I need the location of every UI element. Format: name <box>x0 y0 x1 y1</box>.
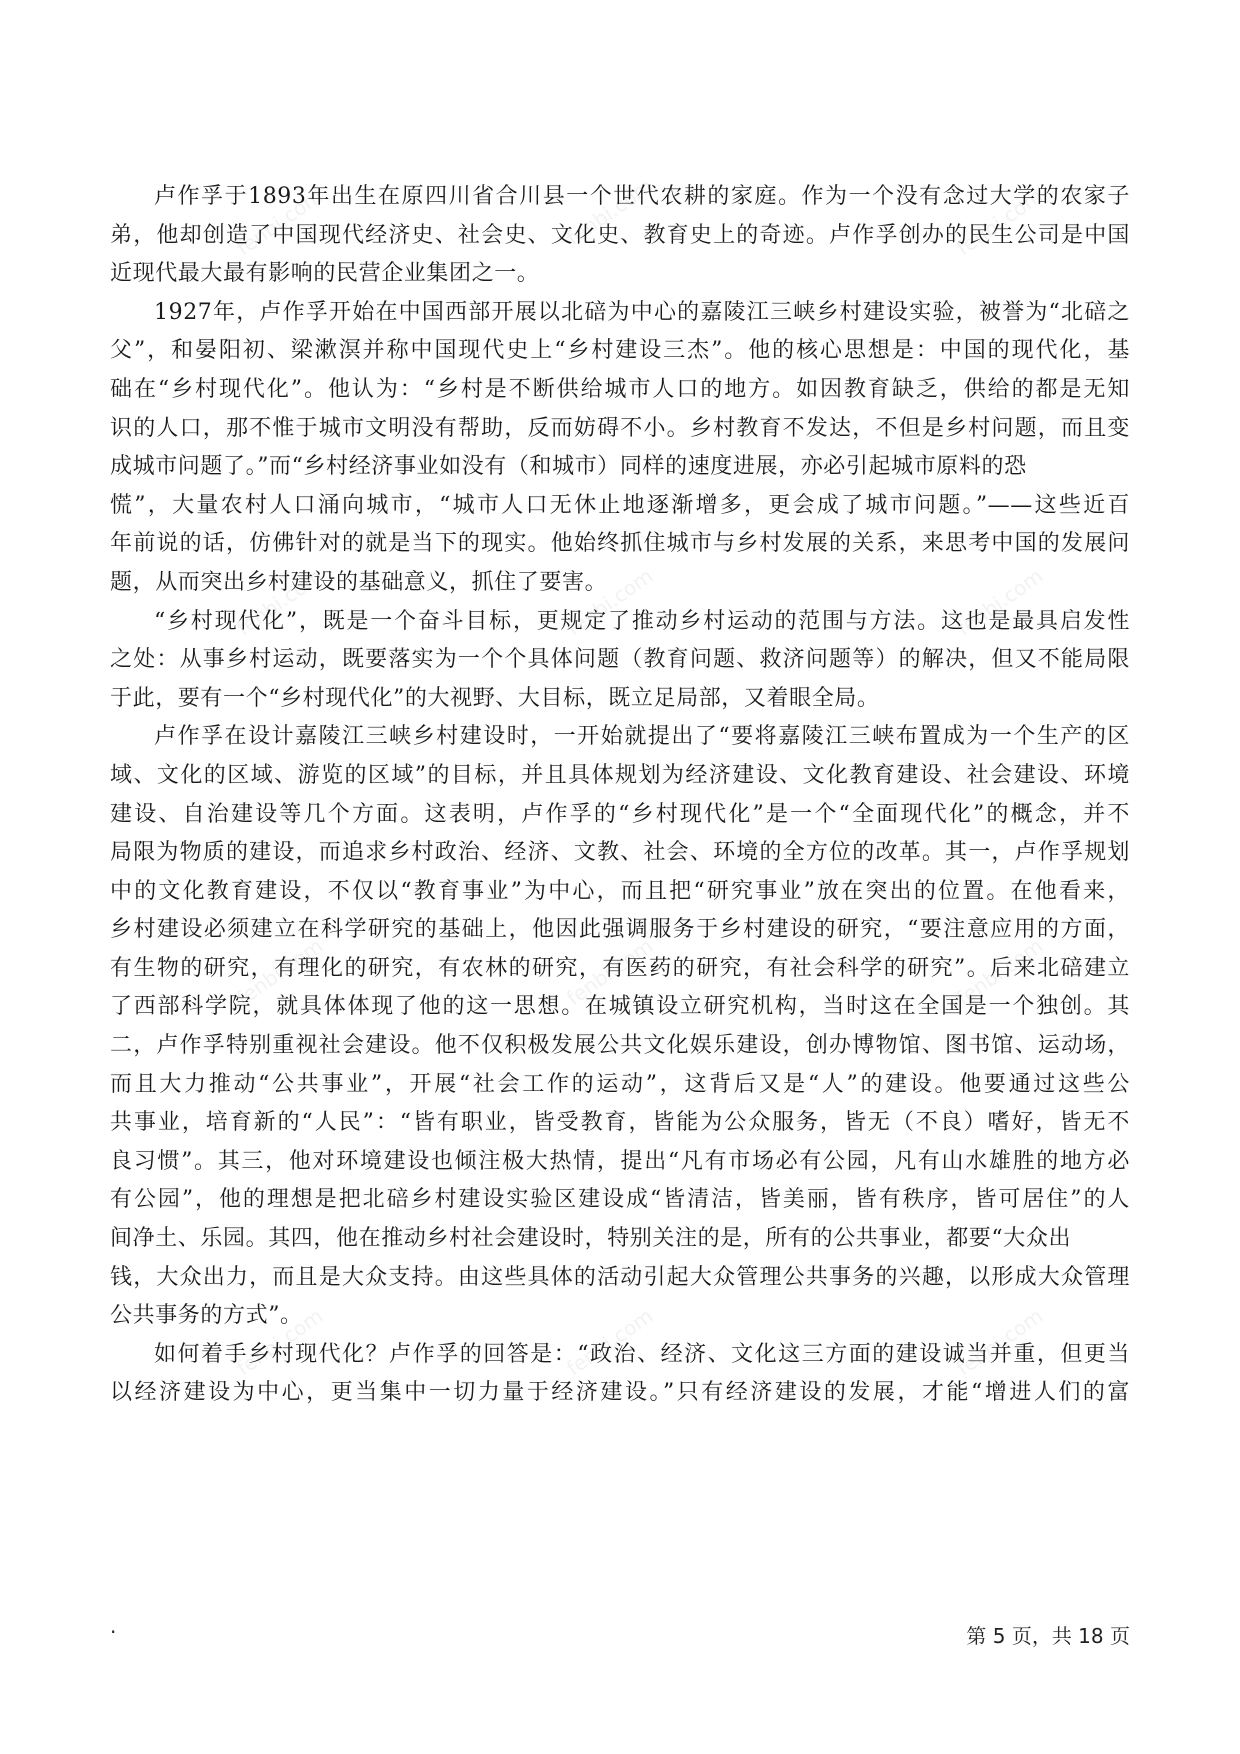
text-line: 中的文化教育建设，不仅以“教育事业”为中心，而且把“研究事业”放在突出的位置。在… <box>110 873 1130 912</box>
page-footer: · 第 5 页，共 18 页 <box>110 1620 1130 1650</box>
text-line: “乡村现代化”，既是一个奋斗目标，更规定了推动乡村运动的范围与方法。这也是最具启… <box>110 603 1130 642</box>
text-line: 间净土、乐园。其四，他在推动乡村社会建设时，特别关注的是，所有的公共事业，都要“… <box>110 1220 1130 1259</box>
paragraph-4: 卢作孚在设计嘉陵江三峡乡村建设时，一开始就提出了“要将嘉陵江三峡布置成为一个生产… <box>110 718 1130 1336</box>
text-line: 年前说的话，仿佛针对的就是当下的现实。他始终抓住城市与乡村发展的关系，来思考中国… <box>110 525 1130 564</box>
text-line: 共事业，培育新的“人民”：“皆有职业，皆受教育，皆能为公众服务，皆无（不良）嗜好… <box>110 1104 1130 1143</box>
text-line: 域、文化的区域、游览的区域”的目标，并且具体规划为经济建设、文化教育建设、社会建… <box>110 757 1130 796</box>
paragraph-1: 卢作孚于1893年出生在原四川省合川县一个世代农耕的家庭。作为一个没有念过大学的… <box>110 178 1130 294</box>
text-line: 二，卢作孚特别重视社会建设。他不仅积极发展公共文化娱乐建设，创办博物馆、图书馆、… <box>110 1027 1130 1066</box>
paragraph-3: “乡村现代化”，既是一个奋斗目标，更规定了推动乡村运动的范围与方法。这也是最具启… <box>110 603 1130 719</box>
paragraph-2: 1927年，卢作孚开始在中国西部开展以北碚为中心的嘉陵江三峡乡村建设实验，被誉为… <box>110 294 1130 603</box>
text-line: 建设、自治建设等几个方面。这表明，卢作孚的“乡村现代化”是一个“全面现代化”的概… <box>110 796 1130 835</box>
text-line: 础在“乡村现代化”。他认为：“乡村是不断供给城市人口的地方。如因教育缺乏，供给的… <box>110 371 1130 410</box>
text-line: 钱，大众出力，而且是大众支持。由这些具体的活动引起大众管理公共事务的兴趣，以形成… <box>110 1259 1130 1298</box>
text-line: 识的人口，那不惟于城市文明没有帮助，反而妨碍不小。乡村教育不发达，不但是乡村问题… <box>110 410 1130 449</box>
text-line: 父”，和晏阳初、梁漱溟并称中国现代史上“乡村建设三杰”。他的核心思想是：中国的现… <box>110 332 1130 371</box>
text-line: 近现代最大最有影响的民营企业集团之一。 <box>110 255 1130 294</box>
text-line: 公共事务的方式”。 <box>110 1297 1130 1336</box>
footer-mark: · <box>110 1620 116 1644</box>
text-line: 卢作孚在设计嘉陵江三峡乡村建设时，一开始就提出了“要将嘉陵江三峡布置成为一个生产… <box>110 718 1130 757</box>
text-line: 有公园”，他的理想是把北碚乡村建设实验区建设成“皆清洁，皆美丽，皆有秩序，皆可居… <box>110 1181 1130 1220</box>
text-line: 之处：从事乡村运动，既要落实为一个个具体问题（教育问题、救济问题等）的解决，但又… <box>110 641 1130 680</box>
text-line: 而且大力推动“公共事业”，开展“社会工作的运动”，这背后又是“人”的建设。他要通… <box>110 1066 1130 1105</box>
text-line: 有生物的研究，有理化的研究，有农林的研究，有医药的研究，有社会科学的研究”。后来… <box>110 950 1130 989</box>
page-indicator: 第 5 页，共 18 页 <box>966 1620 1130 1649</box>
text-line: 题，从而突出乡村建设的基础意义，抓住了要害。 <box>110 564 1130 603</box>
document-page: fenbi.com fenbi.com fenbi.com fenbi.com … <box>0 0 1240 1754</box>
text-line: 卢作孚于1893年出生在原四川省合川县一个世代农耕的家庭。作为一个没有念过大学的… <box>110 178 1130 217</box>
text-line: 良习惯”。其三，他对环境建设也倾注极大热情，提出“凡有市场必有公园，凡有山水雄胜… <box>110 1143 1130 1182</box>
text-line: 了西部科学院，就具体体现了他的这一思想。在城镇设立研究机构，当时这在全国是一个独… <box>110 988 1130 1027</box>
text-line: 乡村建设必须建立在科学研究的基础上，他因此强调服务于乡村建设的研究，“要注意应用… <box>110 911 1130 950</box>
text-line: 局限为物质的建设，而追求乡村政治、经济、文教、社会、环境的全方位的改革。其一，卢… <box>110 834 1130 873</box>
text-line: 慌”，大量农村人口涌向城市，“城市人口无休止地逐渐增多，更会成了城市问题。”——… <box>110 487 1130 526</box>
paragraph-5: 如何着手乡村现代化？卢作孚的回答是：“政治、经济、文化这三方面的建设诚当并重，但… <box>110 1336 1130 1413</box>
text-line: 弟，他却创造了中国现代经济史、社会史、文化史、教育史上的奇迹。卢作孚创办的民生公… <box>110 217 1130 256</box>
article-body: 卢作孚于1893年出生在原四川省合川县一个世代农耕的家庭。作为一个没有念过大学的… <box>110 178 1130 1413</box>
text-line: 以经济建设为中心，更当集中一切力量于经济建设。”只有经济建设的发展，才能“增进人… <box>110 1374 1130 1413</box>
text-line: 如何着手乡村现代化？卢作孚的回答是：“政治、经济、文化这三方面的建设诚当并重，但… <box>110 1336 1130 1375</box>
text-line: 于此，要有一个“乡村现代化”的大视野、大目标，既立足局部，又着眼全局。 <box>110 680 1130 719</box>
text-line: 1927年，卢作孚开始在中国西部开展以北碚为中心的嘉陵江三峡乡村建设实验，被誉为… <box>110 294 1130 333</box>
text-line: 成城市问题了。”而“乡村经济事业如没有（和城市）同样的速度进展，亦必引起城市原料… <box>110 448 1130 487</box>
